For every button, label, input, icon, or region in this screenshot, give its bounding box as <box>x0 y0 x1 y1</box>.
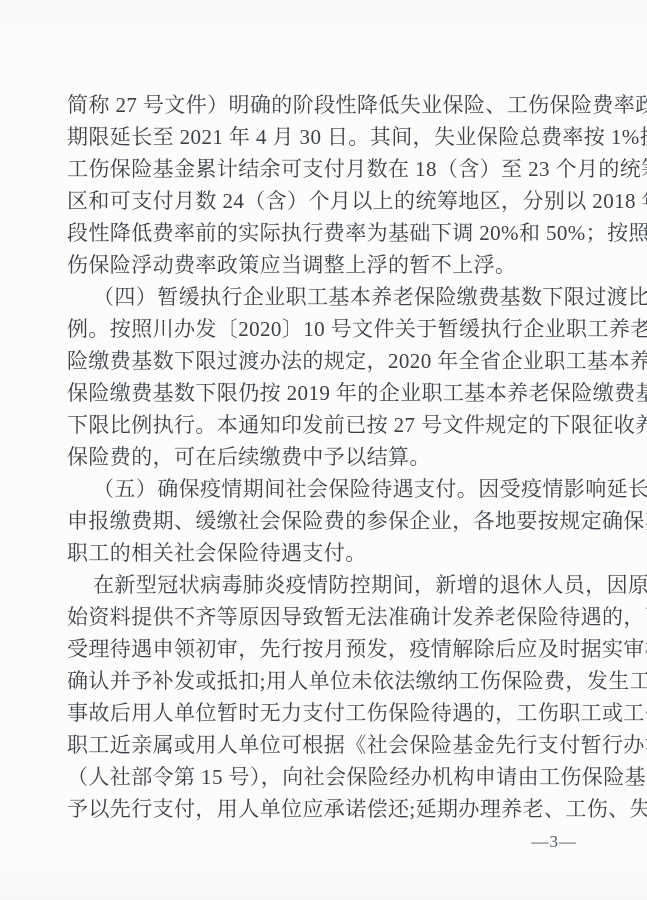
text-line: 段性降低费率前的实际执行费率为基础下调 20%和 50%；按照工 <box>67 217 583 249</box>
text-line: 予以先行支付，用人单位应承诺偿还;延期办理养老、工伤、失业 <box>67 793 583 825</box>
text-line: 受理待遇申领初审，先行按月预发，疫情解除后应及时据实审核 <box>67 633 583 665</box>
text-line: 例。按照川办发〔2020〕10 号文件关于暂缓执行企业职工养老保 <box>67 313 583 345</box>
document-page: 简称 27 号文件）明确的阶段性降低失业保险、工伤保险费率政策期限延长至 202… <box>0 0 647 900</box>
text-line: 区和可支付月数 24（含）个月以上的统筹地区，分别以 2018 年阶 <box>67 185 583 217</box>
text-line: 在新型冠状病毒肺炎疫情防控期间，新增的退休人员，因原 <box>67 569 583 601</box>
text-line: 期限延长至 2021 年 4 月 30 日。其间，失业保险总费率按 1%执行； <box>67 121 583 153</box>
text-line: 险缴费基数下限过渡办法的规定，2020 年全省企业职工基本养老 <box>67 345 583 377</box>
text-line: 申报缴费期、缓缴社会保险费的参保企业，各地要按规定确保其 <box>67 505 583 537</box>
text-line: 伤保险浮动费率政策应当调整上浮的暂不上浮。 <box>67 249 583 281</box>
text-line: 简称 27 号文件）明确的阶段性降低失业保险、工伤保险费率政策 <box>67 89 583 121</box>
text-line: 确认并予补发或抵扣;用人单位未依法缴纳工伤保险费，发生工伤 <box>67 665 583 697</box>
text-line: 保险费的，可在后续缴费中予以结算。 <box>67 441 583 473</box>
text-line: 始资料提供不齐等原因导致暂无法准确计发养老保险待遇的，可 <box>67 601 583 633</box>
text-line: 事故后用人单位暂时无力支付工伤保险待遇的，工伤职工或工伤 <box>67 697 583 729</box>
text-line: （人社部令第 15 号），向社会保险经办机构申请由工伤保险基金 <box>67 761 583 793</box>
text-line: 保险缴费基数下限仍按 2019 年的企业职工基本养老保险缴费基数 <box>67 377 583 409</box>
text-line: 职工近亲属或用人单位可根据《社会保险基金先行支付暂行办法》 <box>67 729 583 761</box>
text-line: （四）暂缓执行企业职工基本养老保险缴费基数下限过渡比 <box>67 281 583 313</box>
text-line: 工伤保险基金累计结余可支付月数在 18（含）至 23 个月的统筹地 <box>67 153 583 185</box>
text-line: 职工的相关社会保险待遇支付。 <box>67 537 583 569</box>
text-line: 下限比例执行。本通知印发前已按 27 号文件规定的下限征收养老 <box>67 409 583 441</box>
text-line: （五）确保疫情期间社会保险待遇支付。因受疫情影响延长 <box>67 473 583 505</box>
page-body-text: 简称 27 号文件）明确的阶段性降低失业保险、工伤保险费率政策期限延长至 202… <box>67 89 583 825</box>
page-number: —3— <box>532 832 578 852</box>
